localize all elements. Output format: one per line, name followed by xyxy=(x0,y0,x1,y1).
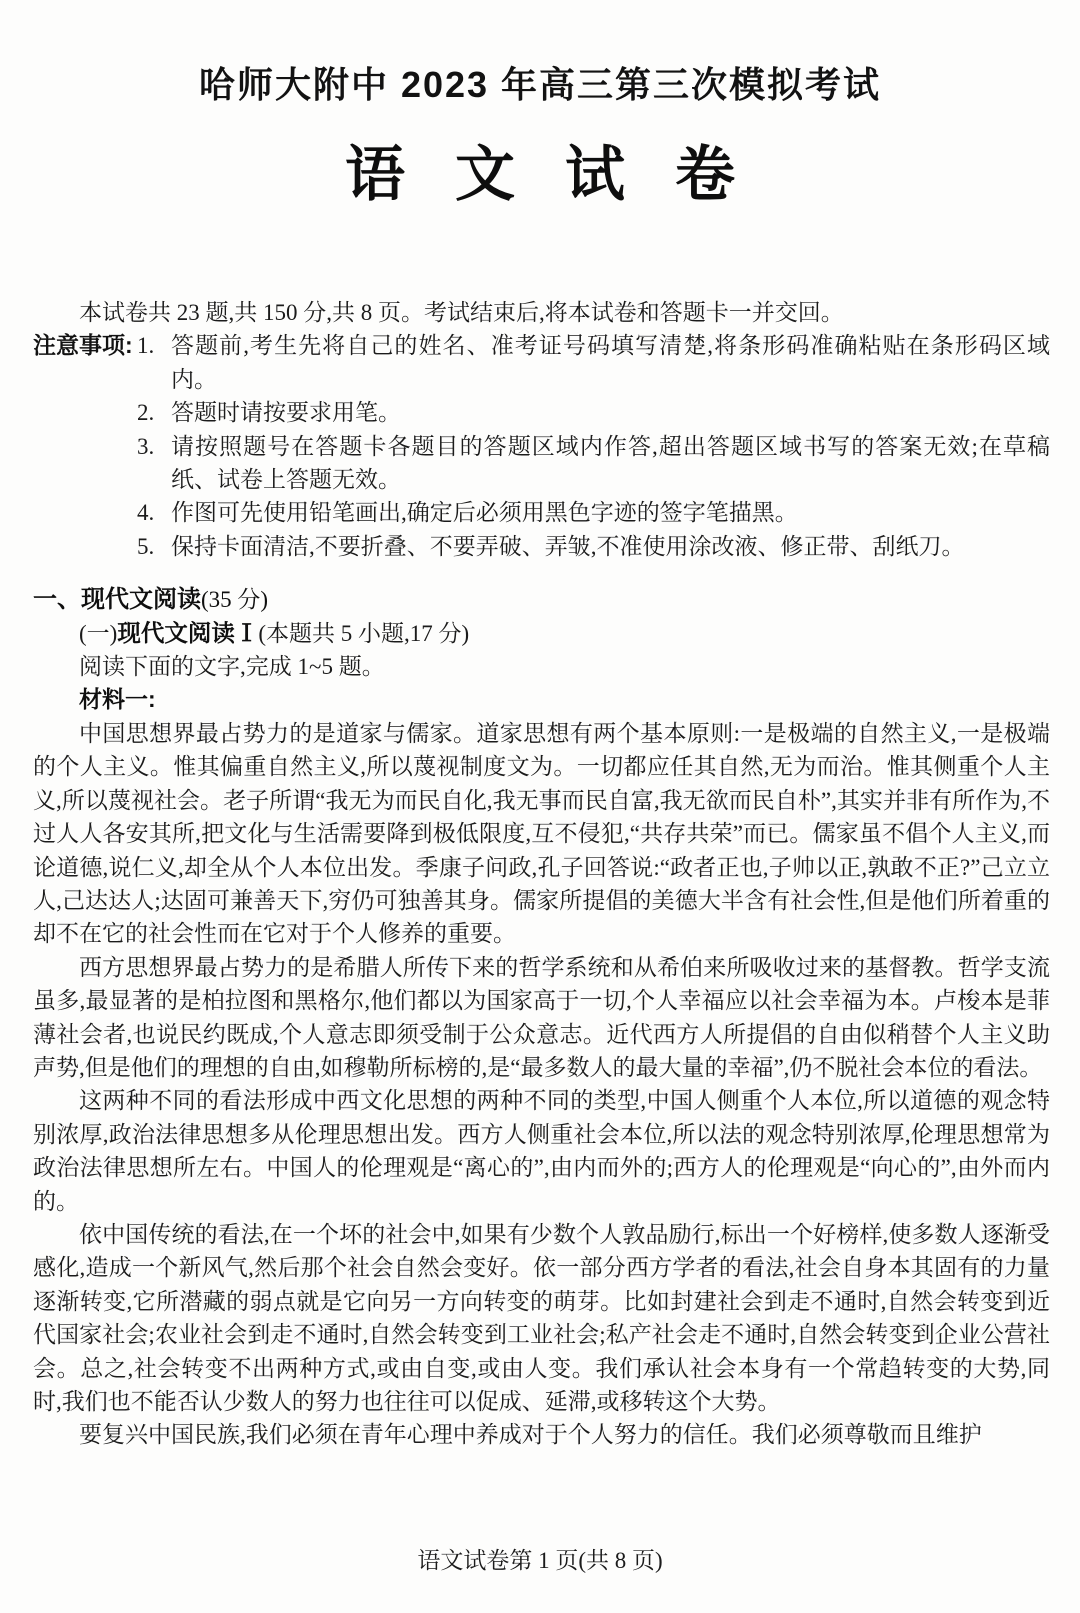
exam-instructions-block: 本试卷共 23 题,共 150 分,共 8 页。考试结束后,将本试卷和答题卡一并… xyxy=(33,296,1050,563)
notice-label: 注意事项: xyxy=(33,329,137,362)
material-one-label: 材料一: xyxy=(33,683,1050,716)
notice-item-number: 2. xyxy=(137,396,171,429)
material-paragraph: 中国思想界最占势力的是道家与儒家。道家思想有两个基本原则:一是极端的自然主义,一… xyxy=(33,717,1050,951)
material-paragraph: 要复兴中国民族,我们必须在青年心理中养成对于个人努力的信任。我们必须尊敬而且维护 xyxy=(33,1418,1050,1451)
notice-item-number: 4. xyxy=(137,496,171,529)
notice-item: 1. 答题前,考生先将自己的姓名、准考证号码填写清楚,将条形码准确粘贴在条形码区… xyxy=(137,329,1050,396)
notice-item-number: 5. xyxy=(137,530,171,563)
material-paragraph: 西方思想界最占势力的是希腊人所传下来的哲学系统和从希伯来所吸收过来的基督教。哲学… xyxy=(33,951,1050,1085)
notice-item-text: 保持卡面清洁,不要折叠、不要弄破、弄皱,不准使用涂改液、修正带、刮纸刀。 xyxy=(171,530,1050,563)
notice-item: 4. 作图可先使用铅笔画出,确定后必须用黑色字迹的签字笔描黑。 xyxy=(137,496,1050,529)
notice-item: 3. 请按照题号在答题卡各题目的答题区域内作答,超出答题区域书写的答案无效;在草… xyxy=(137,430,1050,497)
section-heading: 一、现代文阅读(35 分) xyxy=(33,583,1050,616)
paper-body: 本试卷共 23 题,共 150 分,共 8 页。考试结束后,将本试卷和答题卡一并… xyxy=(0,296,1080,1452)
reading-instruction: 阅读下面的文字,完成 1~5 题。 xyxy=(33,650,1050,683)
page-number-footer: 语文试卷第 1 页(共 8 页) xyxy=(0,1542,1080,1575)
material-one-text: 中国思想界最占势力的是道家与儒家。道家思想有两个基本原则:一是极端的自然主义,一… xyxy=(33,717,1050,1452)
subsection-prefix: (一) xyxy=(79,621,117,646)
section-heading-score: (35 分) xyxy=(201,587,268,612)
notice-item: 2. 答题时请按要求用笔。 xyxy=(137,396,1050,429)
exam-summary: 本试卷共 23 题,共 150 分,共 8 页。考试结束后,将本试卷和答题卡一并… xyxy=(33,296,1050,329)
section-heading-title: 一、现代文阅读 xyxy=(33,586,201,613)
notice-item-number: 3. xyxy=(137,430,171,463)
notice-item-text: 请按照题号在答题卡各题目的答题区域内作答,超出答题区域书写的答案无效;在草稿纸、… xyxy=(171,430,1050,497)
notice-block: 注意事项: 1. 答题前,考生先将自己的姓名、准考证号码填写清楚,将条形码准确粘… xyxy=(33,329,1050,563)
subsection-heading: (一)现代文阅读Ⅰ(本题共 5 小题,17 分) xyxy=(33,617,1050,650)
subsection-title: 现代文阅读Ⅰ xyxy=(117,620,258,646)
exam-paper-page: 哈师大附中 2023 年高三第三次模拟考试 语文试卷 本试卷共 23 题,共 1… xyxy=(0,0,1080,1613)
notice-list: 1. 答题前,考生先将自己的姓名、准考证号码填写清楚,将条形码准确粘贴在条形码区… xyxy=(137,329,1050,563)
material-paragraph: 这两种不同的看法形成中西文化思想的两种不同的类型,中国人侧重个人本位,所以道德的… xyxy=(33,1084,1050,1218)
notice-item-text: 答题时请按要求用笔。 xyxy=(171,396,1050,429)
paper-title: 语文试卷 xyxy=(0,140,1080,210)
subsection-score: (本题共 5 小题,17 分) xyxy=(258,621,469,646)
notice-item-number: 1. xyxy=(137,329,171,362)
notice-item-text: 答题前,考生先将自己的姓名、准考证号码填写清楚,将条形码准确粘贴在条形码区域内。 xyxy=(171,329,1050,396)
exam-session-title: 哈师大附中 2023 年高三第三次模拟考试 xyxy=(0,64,1080,106)
material-paragraph: 依中国传统的看法,在一个坏的社会中,如果有少数个人敦品励行,标出一个好榜样,使多… xyxy=(33,1218,1050,1418)
section-modern-reading: 一、现代文阅读(35 分) (一)现代文阅读Ⅰ(本题共 5 小题,17 分) 阅… xyxy=(33,583,1050,1452)
notice-item: 5. 保持卡面清洁,不要折叠、不要弄破、弄皱,不准使用涂改液、修正带、刮纸刀。 xyxy=(137,530,1050,563)
notice-item-text: 作图可先使用铅笔画出,确定后必须用黑色字迹的签字笔描黑。 xyxy=(171,496,1050,529)
